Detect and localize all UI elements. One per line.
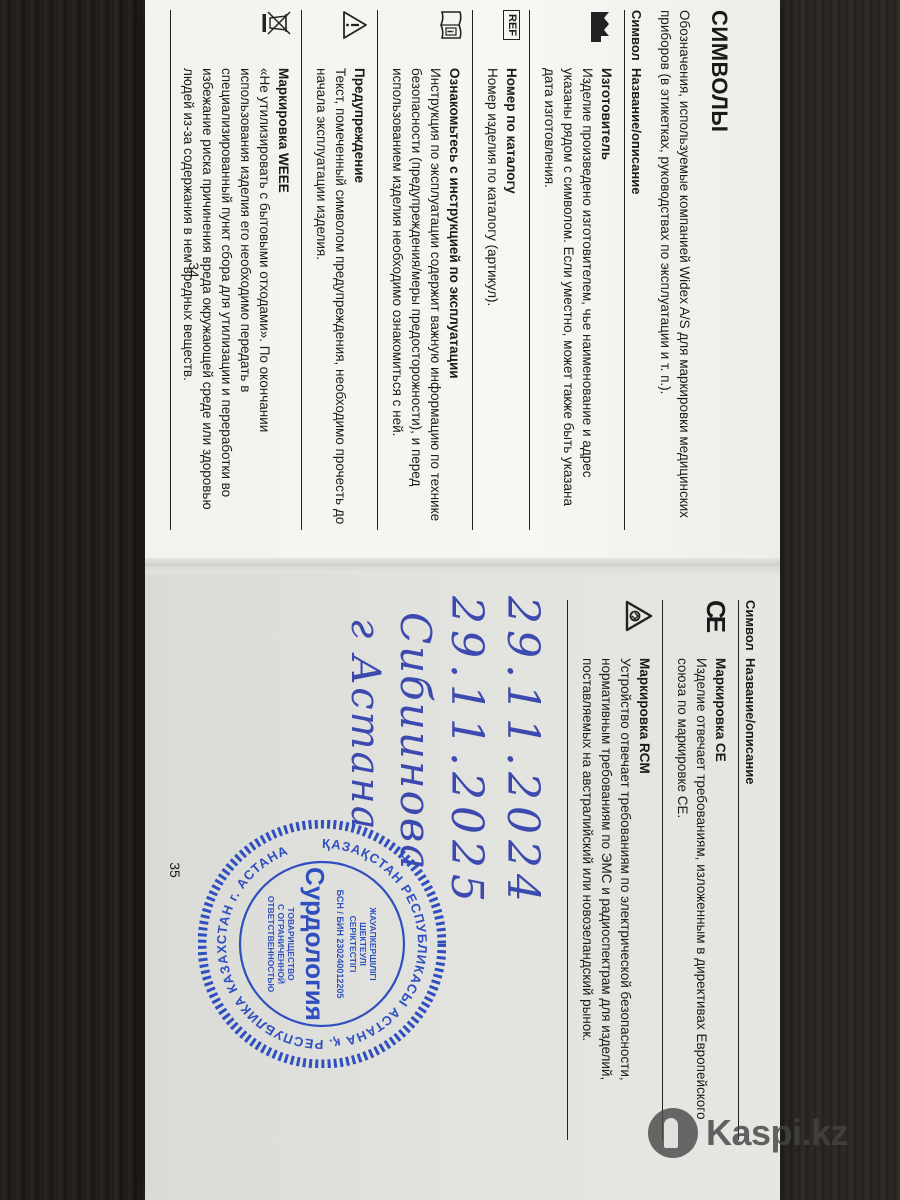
svg-text:БСН / БИН 230240012205: БСН / БИН 230240012205	[335, 890, 345, 999]
ref-icon: REF	[503, 10, 520, 40]
symbol-name: Маркировка WEEE	[274, 68, 292, 530]
stamp-seal-icon: ҚАЗАҚСТАН РЕСПУБЛИКАСЫ АСТАНА қ. РЕСПУБЛ…	[198, 820, 446, 1068]
page-34: СИМВОЛЫ Обозначения, используемые компан…	[162, 10, 732, 530]
svg-text:i: i	[446, 30, 455, 33]
symbol-desc: Номер изделия по каталогу (артикул).	[483, 68, 502, 530]
symbol-row: i Ознакомьтесь с инструкцией по эксплуат…	[377, 10, 472, 530]
intro-text: Обозначения, используемые компанией Wide…	[656, 10, 694, 530]
svg-text:Сурдология: Сурдология	[300, 867, 330, 1021]
symbol-row: Маркировка RCM Устройство отвечает требо…	[567, 600, 662, 1140]
svg-text:ШЕКТЕУЛІ: ШЕКТЕУЛІ	[358, 922, 368, 966]
symbol-name: Изготовитель	[597, 68, 615, 530]
booklet-spine	[145, 558, 780, 574]
company-stamp: ҚАЗАҚСТАН РЕСПУБЛИКАСЫ АСТАНА қ. РЕСПУБЛ…	[198, 820, 446, 1068]
kaspi-logo-icon	[648, 1108, 698, 1158]
symbol-row: CE Маркировка CE Изделие отвечает требов…	[662, 600, 738, 1140]
column-headers: Символ Название/описание	[624, 10, 644, 530]
kaspi-watermark: Kaspi.kz	[648, 1108, 848, 1158]
manufacturer-icon	[586, 10, 615, 44]
column-headers: Символ Название/описание	[738, 600, 758, 1140]
symbol-name: Маркировка CE	[711, 658, 729, 1140]
weee-bin-icon	[257, 10, 292, 36]
rcm-mark-icon	[620, 600, 653, 632]
column-name: Название/описание	[629, 68, 644, 194]
symbol-name: Предупреждение	[350, 68, 368, 530]
page-number: 34	[186, 10, 202, 530]
svg-text:СЕРІКТЕСТІГІ: СЕРІКТЕСТІГІ	[348, 916, 358, 973]
svg-text:ТОВАРИЩЕСТВО: ТОВАРИЩЕСТВО	[286, 907, 296, 981]
handwritten-date-start: 29.11.2024	[497, 596, 548, 908]
page-title: СИМВОЛЫ	[706, 10, 732, 530]
symbol-name: Ознакомьтесь с инструкцией по эксплуатац…	[445, 68, 463, 530]
symbol-desc: Текст, помеченный символом предупреждени…	[312, 68, 350, 530]
symbol-name: Номер по каталогу	[502, 68, 520, 530]
svg-text:С ОГРАНИЧЕННОЙ: С ОГРАНИЧЕННОЙ	[276, 904, 287, 984]
symbol-row: Предупреждение Текст, помеченный символо…	[301, 10, 377, 530]
handwritten-city: г Астана	[342, 618, 388, 832]
ce-mark-icon: CE	[703, 600, 729, 630]
column-symbol: Символ	[743, 600, 758, 658]
symbol-row: REF Номер по каталогу Номер изделия по к…	[472, 10, 529, 530]
svg-text:ЖАУАПКЕРШІЛІГІ: ЖАУАПКЕРШІЛІГІ	[368, 906, 378, 980]
page-number: 35	[167, 600, 183, 1140]
symbol-desc: Изделие произведено изготовителем, чье н…	[540, 68, 597, 530]
symbol-desc: Изделие отвечает требованиям, изложенным…	[673, 658, 711, 1140]
table-surface	[0, 0, 145, 1200]
warning-icon	[337, 10, 368, 40]
symbol-row: Изготовитель Изделие произведено изготов…	[529, 10, 624, 530]
symbol-desc: Инструкция по эксплуатации содержит важн…	[388, 68, 445, 530]
column-name: Название/описание	[743, 658, 758, 784]
instructions-icon: i	[434, 10, 463, 40]
watermark-text: Kaspi.kz	[706, 1112, 848, 1154]
svg-text:ОТВЕТСТВЕННОСТЬЮ: ОТВЕТСТВЕННОСТЬЮ	[266, 896, 276, 993]
divider	[170, 10, 171, 530]
symbol-name: Маркировка RCM	[635, 658, 653, 1140]
column-symbol: Символ	[629, 10, 644, 68]
symbol-desc: Устройство отвечает требованиям по элект…	[578, 658, 635, 1140]
handwritten-date-end: 29.11.2025	[441, 596, 492, 908]
